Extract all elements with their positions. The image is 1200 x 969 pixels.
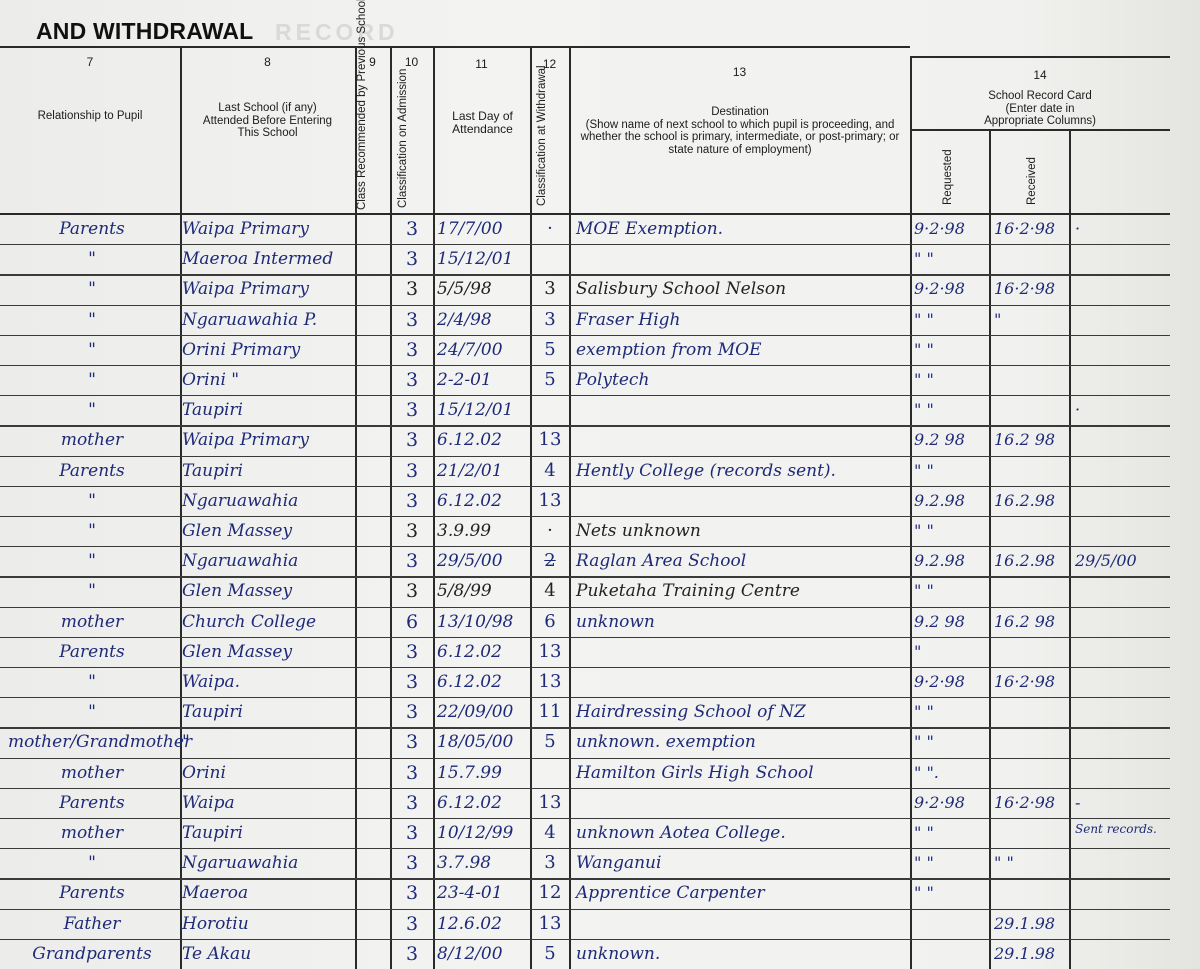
record-requested-cell: 9.2 98 (912, 612, 992, 632)
class-at-withdrawal-cell: 13 (532, 430, 568, 450)
last-school-cell: Maeroa Intermed (182, 249, 357, 269)
record-requested-cell: " " (912, 702, 992, 722)
row-rule (0, 425, 1170, 426)
last-day-of-attendance-cell: 6.12.02 (434, 642, 533, 662)
last-day-of-attendance-cell: 3.9.99 (434, 521, 533, 541)
record-note-cell: 29/5/00 (1075, 551, 1199, 571)
destination-cell: Apprentice Carpenter (576, 883, 910, 903)
record-requested-cell: " " (912, 249, 992, 269)
col-8-header: Last School (if any) Attended Before Ent… (200, 102, 335, 140)
relationship-cell: mother (8, 823, 176, 843)
row-rule (0, 909, 1170, 910)
class-at-withdrawal-cell: 4 (532, 823, 568, 843)
col-divider (1069, 130, 1071, 969)
relationship-cell: mother/Grandmother (8, 732, 176, 752)
last-school-cell: Glen Massey (182, 521, 357, 541)
row-rule (0, 516, 1170, 517)
class-on-admission-cell: 3 (391, 279, 433, 299)
last-day-of-attendance-cell: 21/2/01 (434, 461, 533, 481)
last-day-of-attendance-cell: 15.7.99 (434, 763, 533, 783)
row-rule (0, 788, 1170, 789)
record-requested-cell: " " (912, 853, 992, 873)
row-rule (0, 576, 1170, 577)
last-day-of-attendance-cell: 2/4/98 (434, 310, 533, 330)
last-school-cell: Orini " (182, 370, 357, 390)
class-at-withdrawal-cell: 13 (532, 672, 568, 692)
relationship-cell: " (8, 370, 176, 390)
col-8-number: 8 (180, 55, 355, 69)
bleed-through-text: RECORD (275, 19, 399, 46)
register-page: AND WITHDRAWAL RECORD 7 8 9 10 11 12 13 … (0, 0, 1200, 969)
class-on-admission-cell: 3 (391, 521, 433, 541)
last-school-cell: Te Akau (182, 944, 357, 964)
col-11-number: 11 (433, 57, 530, 71)
last-school-cell: Taupiri (182, 400, 357, 420)
destination-cell: Hamilton Girls High School (576, 763, 910, 783)
col-13-subtitle: (Show name of next school to which pupil… (580, 119, 900, 157)
relationship-cell: mother (8, 763, 176, 783)
class-at-withdrawal-cell: 12 (532, 883, 568, 903)
last-school-cell: Waipa Primary (182, 279, 357, 299)
record-note-cell: · (1075, 400, 1199, 420)
relationship-cell: Grandparents (8, 944, 176, 964)
destination-cell: Wanganui (576, 853, 910, 873)
destination-cell: Raglan Area School (576, 551, 910, 571)
record-requested-cell: " " (912, 581, 992, 601)
col-12-header: Classification at Withdrawal (536, 106, 548, 206)
col-13-number: 13 (569, 65, 910, 79)
col-11-header: Last Day of Attendance (445, 110, 520, 135)
row-rule (0, 335, 1170, 336)
class-at-withdrawal-cell: 11 (532, 702, 568, 722)
record-received-cell: 16·2·98 (992, 219, 1074, 239)
class-on-admission-cell: 3 (391, 551, 433, 571)
col-7-number: 7 (0, 55, 180, 69)
record-received-cell: 16.2 98 (992, 612, 1074, 632)
col-14-number: 14 (910, 68, 1170, 82)
record-received-cell: 16.2.98 (992, 551, 1074, 571)
row-rule (0, 758, 1170, 759)
last-day-of-attendance-cell: 6.12.02 (434, 491, 533, 511)
row-rule (0, 305, 1170, 306)
relationship-cell: " (8, 581, 176, 601)
record-received-cell: 16·2·98 (992, 279, 1074, 299)
class-on-admission-cell: 3 (391, 340, 433, 360)
record-requested-cell: " (912, 642, 992, 662)
page-title: AND WITHDRAWAL (36, 18, 253, 45)
last-school-cell: Glen Massey (182, 581, 357, 601)
class-at-withdrawal-cell: · (532, 219, 568, 239)
record-requested-cell: " " (912, 883, 992, 903)
record-requested-cell: " " (912, 521, 992, 541)
row-rule (0, 244, 1170, 245)
class-at-withdrawal-cell: 6 (532, 612, 568, 632)
col-7-header: Relationship to Pupil (30, 110, 150, 123)
col-14-subtitle-1: (Enter date in (925, 103, 1155, 116)
header-top-rule-right (910, 56, 1170, 58)
destination-cell: Nets unknown (576, 521, 910, 541)
class-on-admission-cell: 6 (391, 612, 433, 632)
received-header: Received (1026, 135, 1038, 205)
last-day-of-attendance-cell: 24/7/00 (434, 340, 533, 360)
class-on-admission-cell: 3 (391, 944, 433, 964)
last-school-cell: Orini (182, 763, 357, 783)
last-school-cell: Church College (182, 612, 357, 632)
relationship-cell: " (8, 521, 176, 541)
record-requested-cell: " " (912, 732, 992, 752)
class-at-withdrawal-cell: 13 (532, 642, 568, 662)
col-14-subtitle-2: Appropriate Columns) (925, 115, 1155, 128)
destination-cell: Hairdressing School of NZ (576, 702, 910, 722)
relationship-cell: Parents (8, 642, 176, 662)
class-on-admission-cell: 3 (391, 310, 433, 330)
record-card-split-rule (910, 129, 1170, 131)
relationship-cell: " (8, 279, 176, 299)
record-requested-cell: " " (912, 823, 992, 843)
relationship-cell: " (8, 551, 176, 571)
record-note-cell: Sent records. (1075, 823, 1199, 835)
row-rule (0, 456, 1170, 457)
class-on-admission-cell: 3 (391, 763, 433, 783)
class-at-withdrawal-cell: 5 (532, 370, 568, 390)
record-received-cell: " (992, 310, 1074, 330)
class-on-admission-cell: 3 (391, 219, 433, 239)
row-rule (0, 697, 1170, 698)
record-received-cell: 16.2.98 (992, 491, 1074, 511)
last-school-cell: Taupiri (182, 823, 357, 843)
class-at-withdrawal-cell: 5 (532, 944, 568, 964)
class-on-admission-cell: 3 (391, 461, 433, 481)
class-on-admission-cell: 3 (391, 672, 433, 692)
row-rule (0, 667, 1170, 668)
record-note-cell: - (1075, 793, 1199, 813)
destination-cell: Hently College (records sent). (576, 461, 910, 481)
record-requested-cell: 9.2 98 (912, 430, 992, 450)
class-on-admission-cell: 3 (391, 853, 433, 873)
record-requested-cell: " ". (912, 763, 992, 783)
destination-cell: Puketaha Training Centre (576, 581, 910, 601)
record-requested-cell: 9.2.98 (912, 551, 992, 571)
class-on-admission-cell: 3 (391, 249, 433, 269)
requested-header: Requested (942, 135, 954, 205)
row-rule (0, 607, 1170, 608)
last-day-of-attendance-cell: 17/7/00 (434, 219, 533, 239)
last-school-cell: Waipa Primary (182, 430, 357, 450)
class-at-withdrawal-cell: 2 (532, 551, 568, 571)
record-requested-cell: " " (912, 370, 992, 390)
last-day-of-attendance-cell: 29/5/00 (434, 551, 533, 571)
destination-cell: unknown Aotea College. (576, 823, 910, 843)
destination-cell: unknown. (576, 944, 910, 964)
relationship-cell: mother (8, 612, 176, 632)
class-at-withdrawal-cell: · (532, 521, 568, 541)
class-on-admission-cell: 3 (391, 883, 433, 903)
class-on-admission-cell: 3 (391, 914, 433, 934)
record-received-cell: " " (992, 853, 1074, 873)
row-rule (0, 878, 1170, 879)
relationship-cell: " (8, 340, 176, 360)
class-at-withdrawal-cell: 4 (532, 581, 568, 601)
col-divider (569, 46, 571, 969)
record-note-cell: · (1075, 219, 1199, 239)
class-at-withdrawal-cell: 13 (532, 491, 568, 511)
destination-cell: Salisbury School Nelson (576, 279, 910, 299)
class-at-withdrawal-cell: 5 (532, 732, 568, 752)
class-at-withdrawal-cell: 3 (532, 853, 568, 873)
last-school-cell: Taupiri (182, 461, 357, 481)
destination-cell: exemption from MOE (576, 340, 910, 360)
last-school-cell: Taupiri (182, 702, 357, 722)
col-10-header: Classification on Admission (397, 108, 409, 208)
last-day-of-attendance-cell: 15/12/01 (434, 400, 533, 420)
relationship-cell: " (8, 400, 176, 420)
col-14-title: School Record Card (925, 90, 1155, 103)
row-rule (0, 395, 1170, 396)
row-rule (0, 818, 1170, 819)
header-bottom-rule (0, 213, 1170, 215)
destination-cell: MOE Exemption. (576, 219, 910, 239)
record-requested-cell: " " (912, 400, 992, 420)
destination-cell: Polytech (576, 370, 910, 390)
relationship-cell: Parents (8, 793, 176, 813)
last-day-of-attendance-cell: 18/05/00 (434, 732, 533, 752)
last-day-of-attendance-cell: 22/09/00 (434, 702, 533, 722)
row-rule (0, 546, 1170, 547)
class-on-admission-cell: 3 (391, 370, 433, 390)
record-received-cell: 29.1.98 (992, 914, 1074, 934)
class-on-admission-cell: 3 (391, 400, 433, 420)
relationship-cell: " (8, 853, 176, 873)
class-at-withdrawal-cell: 4 (532, 461, 568, 481)
last-school-cell: Ngaruawahia P. (182, 310, 357, 330)
destination-cell: unknown. exemption (576, 732, 910, 752)
record-requested-cell: 9.2.98 (912, 491, 992, 511)
row-rule (0, 637, 1170, 638)
col-13-header: Destination (Show name of next school to… (580, 106, 900, 156)
last-school-cell: Waipa (182, 793, 357, 813)
last-school-cell: Ngaruawahia (182, 551, 357, 571)
class-on-admission-cell: 3 (391, 581, 433, 601)
header-top-rule (0, 46, 910, 48)
last-day-of-attendance-cell: 10/12/99 (434, 823, 533, 843)
relationship-cell: Parents (8, 461, 176, 481)
last-school-cell: Orini Primary (182, 340, 357, 360)
relationship-cell: " (8, 249, 176, 269)
last-day-of-attendance-cell: 3.7.98 (434, 853, 533, 873)
relationship-cell: " (8, 491, 176, 511)
class-on-admission-cell: 3 (391, 823, 433, 843)
last-day-of-attendance-cell: 5/5/98 (434, 279, 533, 299)
last-day-of-attendance-cell: 6.12.02 (434, 672, 533, 692)
last-school-cell: " (182, 732, 357, 752)
record-received-cell: 16.2 98 (992, 430, 1074, 450)
last-school-cell: Ngaruawahia (182, 853, 357, 873)
row-rule (0, 365, 1170, 366)
last-school-cell: Horotiu (182, 914, 357, 934)
col-9-header: Class Recommended by Previous School (356, 60, 368, 210)
record-requested-cell: 9·2·98 (912, 793, 992, 813)
last-day-of-attendance-cell: 23-4-01 (434, 883, 533, 903)
last-school-cell: Glen Massey (182, 642, 357, 662)
record-requested-cell: 9·2·98 (912, 279, 992, 299)
last-day-of-attendance-cell: 15/12/01 (434, 249, 533, 269)
class-at-withdrawal-cell: 3 (532, 310, 568, 330)
relationship-cell: " (8, 702, 176, 722)
class-at-withdrawal-cell: 5 (532, 340, 568, 360)
class-on-admission-cell: 3 (391, 732, 433, 752)
last-day-of-attendance-cell: 12.6.02 (434, 914, 533, 934)
class-on-admission-cell: 3 (391, 430, 433, 450)
record-received-cell: 16·2·98 (992, 672, 1074, 692)
col-14-header: School Record Card (Enter date in Approp… (925, 90, 1155, 128)
last-day-of-attendance-cell: 6.12.02 (434, 430, 533, 450)
last-day-of-attendance-cell: 5/8/99 (434, 581, 533, 601)
class-at-withdrawal-cell: 3 (532, 279, 568, 299)
last-day-of-attendance-cell: 8/12/00 (434, 944, 533, 964)
class-on-admission-cell: 3 (391, 642, 433, 662)
row-rule (0, 848, 1170, 849)
class-at-withdrawal-cell: 13 (532, 914, 568, 934)
row-rule (0, 486, 1170, 487)
relationship-cell: " (8, 310, 176, 330)
destination-cell: Fraser High (576, 310, 910, 330)
row-rule (0, 274, 1170, 275)
record-received-cell: 16·2·98 (992, 793, 1074, 813)
class-on-admission-cell: 3 (391, 491, 433, 511)
last-school-cell: Waipa Primary (182, 219, 357, 239)
relationship-cell: Father (8, 914, 176, 934)
last-day-of-attendance-cell: 6.12.02 (434, 793, 533, 813)
relationship-cell: Parents (8, 883, 176, 903)
record-requested-cell: " " (912, 340, 992, 360)
row-rule (0, 939, 1170, 940)
record-received-cell: 29.1.98 (992, 944, 1074, 964)
record-requested-cell: " " (912, 461, 992, 481)
last-day-of-attendance-cell: 13/10/98 (434, 612, 533, 632)
record-requested-cell: 9·2·98 (912, 672, 992, 692)
record-requested-cell: 9·2·98 (912, 219, 992, 239)
col-10-number: 10 (390, 55, 433, 69)
class-at-withdrawal-cell: 13 (532, 793, 568, 813)
class-on-admission-cell: 3 (391, 793, 433, 813)
row-rule (0, 727, 1170, 728)
relationship-cell: mother (8, 430, 176, 450)
last-day-of-attendance-cell: 2-2-01 (434, 370, 533, 390)
destination-cell: unknown (576, 612, 910, 632)
relationship-cell: " (8, 672, 176, 692)
last-school-cell: Ngaruawahia (182, 491, 357, 511)
record-requested-cell: " " (912, 310, 992, 330)
col-13-title: Destination (580, 106, 900, 119)
relationship-cell: Parents (8, 219, 176, 239)
last-school-cell: Maeroa (182, 883, 357, 903)
last-school-cell: Waipa. (182, 672, 357, 692)
class-on-admission-cell: 3 (391, 702, 433, 722)
